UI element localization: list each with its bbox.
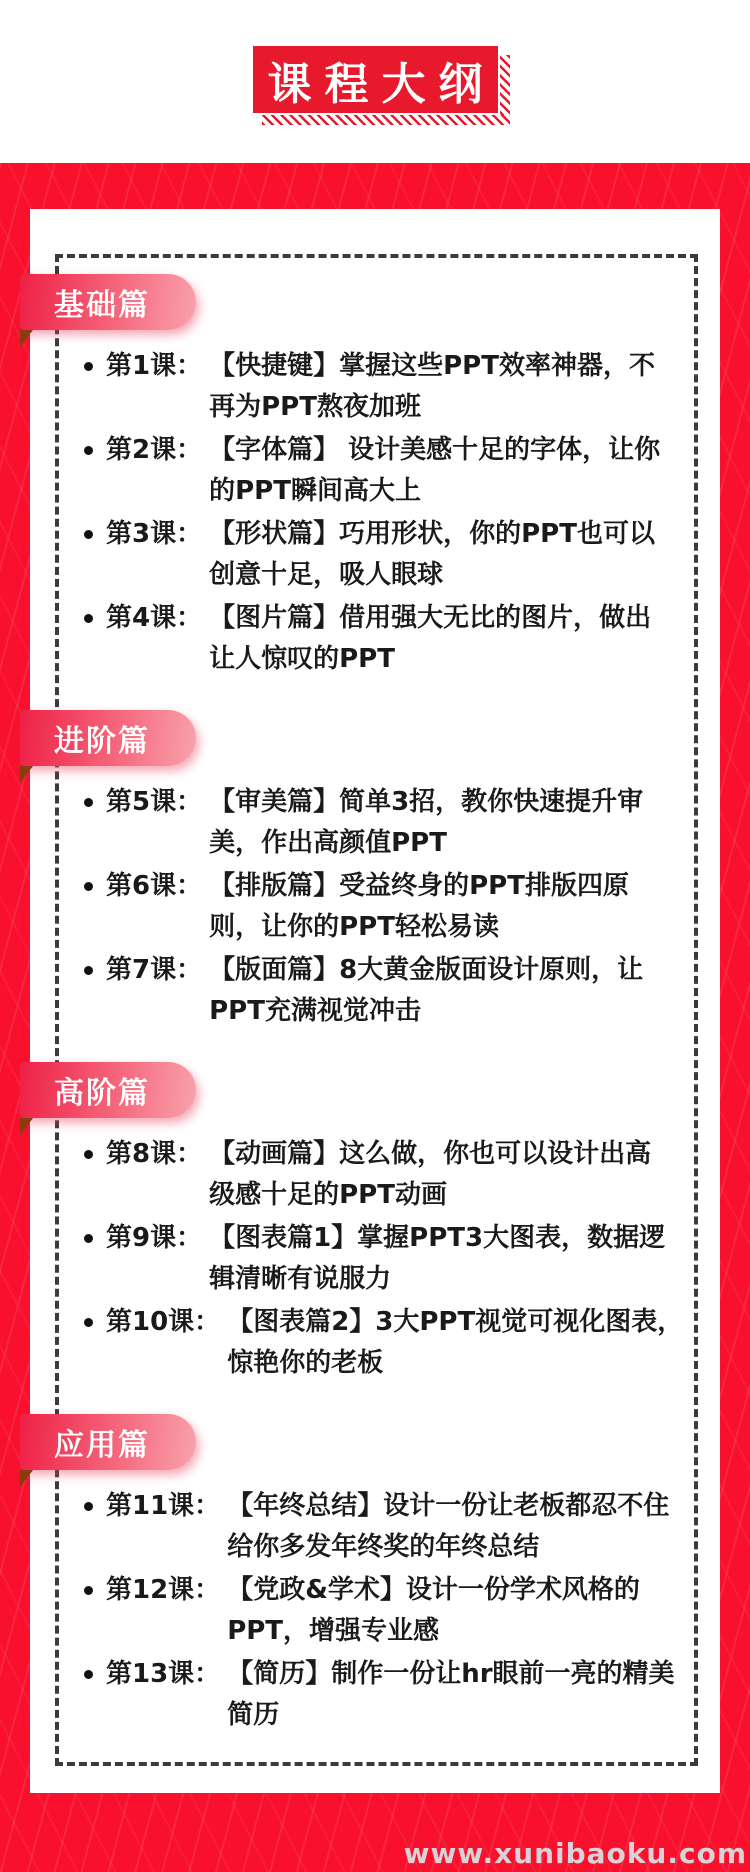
course-item: 第8课： 【动画篇】这么做，你也可以设计出高级感十足的PPT动画 — [83, 1134, 684, 1216]
section-ribbon-pill: 基础篇 — [20, 274, 196, 330]
content-background: 基础篇 第1课： 【快捷键】掌握这些PPT效率神器，不再为PPT熬夜加班 第2课… — [0, 163, 750, 1872]
page-title: 课程大纲 — [255, 48, 496, 112]
title-banner-box: 课程大纲 — [253, 46, 498, 113]
course-description: 【审美篇】简单3招，教你快速提升审美，作出高颜值PPT — [209, 782, 671, 864]
sections-container: 基础篇 第1课： 【快捷键】掌握这些PPT效率神器，不再为PPT熬夜加班 第2课… — [83, 274, 684, 1736]
course-number: 第12课： — [106, 1570, 220, 1611]
ribbon-fold-icon — [20, 1118, 33, 1135]
course-number: 第7课： — [106, 950, 202, 991]
course-number: 第1课： — [106, 346, 202, 387]
course-item: 第12课： 【党政&学术】设计一份学术风格的PPT，增强专业感 — [83, 1570, 684, 1652]
dashed-border-box: 基础篇 第1课： 【快捷键】掌握这些PPT效率神器，不再为PPT熬夜加班 第2课… — [55, 254, 698, 1766]
course-item: 第7课： 【版面篇】8大黄金版面设计原则，让PPT充满视觉冲击 — [83, 950, 684, 1032]
course-item: 第9课： 【图表篇1】掌握PPT3大图表，数据逻辑清晰有说服力 — [83, 1218, 684, 1300]
course-number: 第8课： — [106, 1134, 202, 1175]
course-card: 基础篇 第1课： 【快捷键】掌握这些PPT效率神器，不再为PPT熬夜加班 第2课… — [30, 209, 720, 1793]
bullet-icon — [84, 1318, 93, 1327]
bullet-icon — [84, 1670, 93, 1679]
ribbon-fold-icon — [20, 1470, 33, 1487]
course-items-list: 第5课： 【审美篇】简单3招，教你快速提升审美，作出高颜值PPT 第6课： 【排… — [83, 782, 684, 1032]
section-ribbon: 基础篇 — [20, 274, 196, 330]
course-number: 第5课： — [106, 782, 202, 823]
course-outline-poster: 课程大纲 基础篇 第1课： 【快捷键】掌握这些PPT效率神器，不再为PPT熬夜加… — [0, 0, 750, 1872]
section-label: 高阶篇 — [54, 1068, 150, 1112]
section-ribbon-pill: 应用篇 — [20, 1414, 196, 1470]
course-item: 第11课： 【年终总结】设计一份让老板都忍不住给你多发年终奖的年终总结 — [83, 1486, 684, 1568]
bullet-icon — [84, 446, 93, 455]
course-description: 【图表篇2】3大PPT视觉可视化图表，惊艳你的老板 — [227, 1302, 684, 1384]
section-ribbon: 进阶篇 — [20, 710, 196, 766]
bullet-icon — [84, 882, 93, 891]
course-item: 第10课： 【图表篇2】3大PPT视觉可视化图表，惊艳你的老板 — [83, 1302, 684, 1384]
course-description: 【简历】制作一份让hr眼前一亮的精美简历 — [227, 1654, 684, 1736]
bullet-icon — [84, 798, 93, 807]
course-description: 【字体篇】 设计美感十足的字体，让你的PPT瞬间高大上 — [209, 430, 671, 512]
course-section: 进阶篇 第5课： 【审美篇】简单3招，教你快速提升审美，作出高颜值PPT 第6课… — [83, 710, 684, 1032]
course-number: 第11课： — [106, 1486, 220, 1527]
course-number: 第13课： — [106, 1654, 220, 1695]
course-item: 第2课： 【字体篇】 设计美感十足的字体，让你的PPT瞬间高大上 — [83, 430, 684, 512]
bullet-icon — [84, 530, 93, 539]
course-number: 第9课： — [106, 1218, 202, 1259]
course-item: 第5课： 【审美篇】简单3招，教你快速提升审美，作出高颜值PPT — [83, 782, 684, 864]
title-banner: 课程大纲 — [253, 46, 498, 113]
bullet-icon — [84, 966, 93, 975]
course-items-list: 第11课： 【年终总结】设计一份让老板都忍不住给你多发年终奖的年终总结 第12课… — [83, 1486, 684, 1736]
course-description: 【形状篇】巧用形状，你的PPT也可以创意十足，吸人眼球 — [209, 514, 671, 596]
banner-stripe-bottom-icon — [262, 115, 510, 125]
course-section: 高阶篇 第8课： 【动画篇】这么做，你也可以设计出高级感十足的PPT动画 第9课… — [83, 1062, 684, 1384]
course-items-list: 第8课： 【动画篇】这么做，你也可以设计出高级感十足的PPT动画 第9课： 【图… — [83, 1134, 684, 1384]
course-description: 【版面篇】8大黄金版面设计原则，让PPT充满视觉冲击 — [209, 950, 671, 1032]
course-description: 【快捷键】掌握这些PPT效率神器，不再为PPT熬夜加班 — [209, 346, 671, 428]
course-items-list: 第1课： 【快捷键】掌握这些PPT效率神器，不再为PPT熬夜加班 第2课： 【字… — [83, 346, 684, 680]
course-description: 【动画篇】这么做，你也可以设计出高级感十足的PPT动画 — [209, 1134, 671, 1216]
course-section: 基础篇 第1课： 【快捷键】掌握这些PPT效率神器，不再为PPT熬夜加班 第2课… — [83, 274, 684, 680]
course-section: 应用篇 第11课： 【年终总结】设计一份让老板都忍不住给你多发年终奖的年终总结 … — [83, 1414, 684, 1736]
course-number: 第10课： — [106, 1302, 220, 1343]
bullet-icon — [84, 1502, 93, 1511]
bullet-icon — [84, 1234, 93, 1243]
course-description: 【图表篇1】掌握PPT3大图表，数据逻辑清晰有说服力 — [209, 1218, 671, 1300]
bullet-icon — [84, 614, 93, 623]
course-description: 【党政&学术】设计一份学术风格的PPT，增强专业感 — [227, 1570, 684, 1652]
course-item: 第13课： 【简历】制作一份让hr眼前一亮的精美简历 — [83, 1654, 684, 1736]
section-ribbon-pill: 进阶篇 — [20, 710, 196, 766]
header: 课程大纲 — [0, 0, 750, 163]
section-ribbon-pill: 高阶篇 — [20, 1062, 196, 1118]
section-label: 基础篇 — [54, 280, 150, 324]
bullet-icon — [84, 1150, 93, 1159]
watermark: www.xunibaoku.com — [404, 1837, 747, 1870]
course-number: 第2课： — [106, 430, 202, 471]
course-number: 第3课： — [106, 514, 202, 555]
course-item: 第4课： 【图片篇】借用强大无比的图片，做出让人惊叹的PPT — [83, 598, 684, 680]
bullet-icon — [84, 1586, 93, 1595]
course-item: 第1课： 【快捷键】掌握这些PPT效率神器，不再为PPT熬夜加班 — [83, 346, 684, 428]
banner-stripe-right-icon — [500, 55, 510, 123]
ribbon-fold-icon — [20, 330, 33, 347]
course-number: 第6课： — [106, 866, 202, 907]
course-item: 第3课： 【形状篇】巧用形状，你的PPT也可以创意十足，吸人眼球 — [83, 514, 684, 596]
course-description: 【排版篇】受益终身的PPT排版四原则，让你的PPT轻松易读 — [209, 866, 671, 948]
section-label: 进阶篇 — [54, 716, 150, 760]
course-number: 第4课： — [106, 598, 202, 639]
course-item: 第6课： 【排版篇】受益终身的PPT排版四原则，让你的PPT轻松易读 — [83, 866, 684, 948]
bullet-icon — [84, 362, 93, 371]
course-description: 【年终总结】设计一份让老板都忍不住给你多发年终奖的年终总结 — [227, 1486, 684, 1568]
ribbon-fold-icon — [20, 766, 33, 783]
course-description: 【图片篇】借用强大无比的图片，做出让人惊叹的PPT — [209, 598, 671, 680]
section-label: 应用篇 — [54, 1420, 150, 1464]
section-ribbon: 应用篇 — [20, 1414, 196, 1470]
section-ribbon: 高阶篇 — [20, 1062, 196, 1118]
